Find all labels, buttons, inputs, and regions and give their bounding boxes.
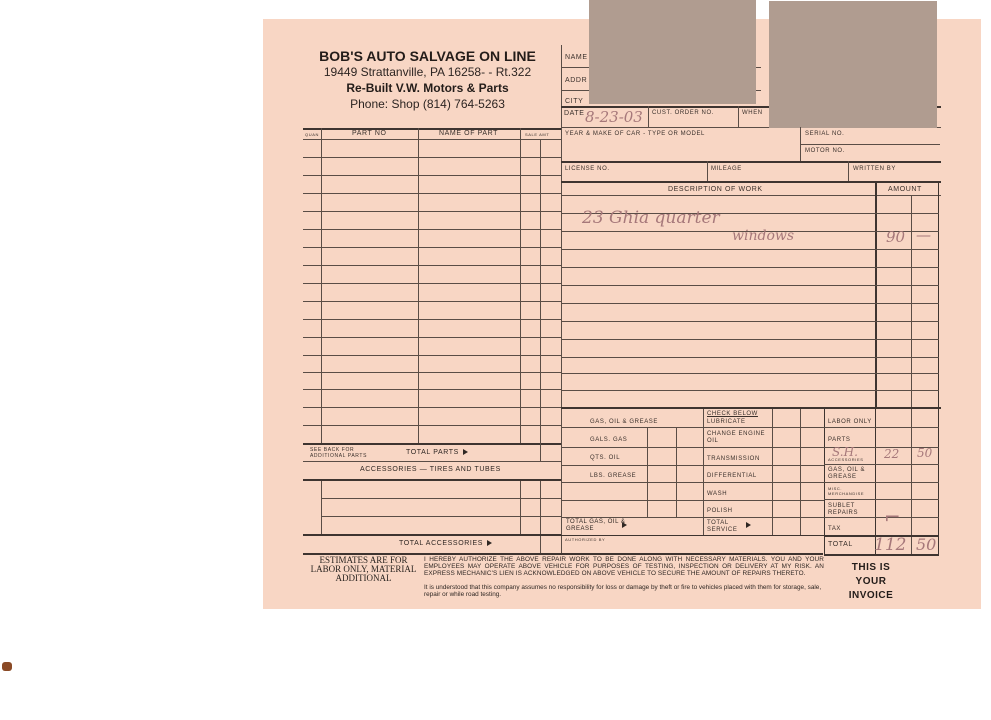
- authorization-text: I HEREBY AUTHORIZE THE ABOVE REPAIR WORK…: [424, 556, 824, 577]
- total-accessories-label: TOTAL ACCESSORIES: [399, 540, 492, 547]
- disclaimer-text: It is understood that this company assum…: [424, 584, 824, 598]
- wash-label: WASH: [707, 491, 727, 497]
- arrow-right-icon: [487, 540, 492, 546]
- mileage-label: MILEAGE: [711, 166, 742, 172]
- license-label: LICENSE NO.: [565, 166, 610, 172]
- when-label: WHEN: [742, 110, 763, 116]
- total-service-label: TOTAL SERVICE: [707, 520, 743, 534]
- change-oil-label: CHANGE ENGINE OIL: [707, 431, 767, 445]
- written-by-label: WRITTEN BY: [853, 166, 896, 172]
- col-sale-amt: SALE AMT: [525, 132, 549, 137]
- date-value: 8-23-03: [585, 108, 643, 126]
- arrow-right-icon: [622, 522, 627, 528]
- gals-gas-label: GALS. GAS: [590, 437, 627, 443]
- tax-mark: ⌐: [884, 505, 901, 529]
- estimates-note: ESTIMATES ARE FOR LABOR ONLY, MATERIAL A…: [306, 556, 421, 583]
- labor-only-label: LABOR ONLY: [828, 419, 872, 425]
- accessories-header: ACCESSORIES — TIRES AND TUBES: [360, 466, 501, 473]
- company-header: BOB'S AUTO SALVAGE ON LINE 19449 Stratta…: [300, 48, 555, 112]
- gas-oil-total-label: GAS, OIL & GREASE: [828, 467, 872, 481]
- redaction-block-right: [769, 1, 937, 128]
- transmission-label: TRANSMISSION: [707, 456, 760, 462]
- col-name-of-part: NAME OF PART: [439, 130, 498, 137]
- col-quan: QUAN: [305, 132, 319, 137]
- tax-label: TAX: [828, 526, 841, 532]
- date-label: DATE: [564, 110, 585, 117]
- gas-oil-grease-label: GAS, OIL & GREASE: [590, 419, 658, 425]
- col-part-no: PART NO: [352, 130, 387, 137]
- accessories-note: S.H.: [832, 445, 858, 459]
- cust-order-label: CUST. ORDER NO.: [652, 110, 714, 116]
- serial-label: SERIAL NO.: [805, 131, 844, 137]
- description-header: DESCRIPTION OF WORK: [668, 186, 763, 193]
- lubricate-label: LUBRICATE: [707, 419, 746, 425]
- year-make-label: YEAR & MAKE OF CAR - TYPE OR MODEL: [565, 131, 705, 137]
- sublet-label: SUBLET REPAIRS: [828, 503, 872, 517]
- company-tagline: Re-Built V.W. Motors & Parts: [300, 80, 555, 96]
- total-cents: 50: [916, 535, 936, 554]
- authorized-by-label: AUTHORIZED BY: [565, 537, 605, 542]
- addr-label: ADDR: [565, 77, 587, 84]
- differential-label: DIFFERENTIAL: [707, 473, 757, 479]
- parts-total-label: PARTS: [828, 437, 850, 443]
- invoice-notice: THIS IS YOUR INVOICE: [836, 561, 906, 603]
- company-address: 19449 Strattanville, PA 16258- - Rt.322: [300, 64, 555, 80]
- misc-label: MISC. MERCHANDISE: [828, 486, 872, 496]
- city-label: CITY: [565, 98, 583, 105]
- amount-header: AMOUNT: [888, 186, 922, 193]
- motor-label: MOTOR NO.: [805, 148, 845, 154]
- name-label: NAME: [565, 54, 588, 61]
- redaction-block-left: [589, 0, 756, 104]
- work-entry-line2: windows: [732, 228, 794, 244]
- qts-oil-label: QTS. OIL: [590, 455, 620, 461]
- company-phone: Phone: Shop (814) 764-5263: [300, 96, 555, 112]
- company-name: BOB'S AUTO SALVAGE ON LINE: [300, 48, 555, 64]
- polish-label: POLISH: [707, 508, 733, 514]
- accessories-cents: 50: [917, 446, 932, 460]
- total-gas-label: TOTAL GAS, OIL & GREASE: [566, 519, 626, 533]
- total-parts-label: TOTAL PARTS: [406, 449, 468, 456]
- work-entry-amount: 90: [886, 228, 905, 246]
- lbs-grease-label: LBS. GREASE: [590, 473, 636, 479]
- arrow-right-icon: [746, 522, 751, 528]
- total-label: TOTAL: [828, 541, 853, 548]
- arrow-right-icon: [463, 449, 468, 455]
- see-back-note: SEE BACK FOR ADDITIONAL PARTS: [310, 447, 390, 459]
- work-entry-line1: 23 Ghia quarter: [582, 208, 720, 228]
- scan-stain: [2, 662, 12, 671]
- accessories-dollars: 22: [884, 447, 899, 461]
- check-below-label: CHECK BELOW: [707, 411, 758, 417]
- work-entry-cents: —: [916, 226, 931, 244]
- total-dollars: 112: [874, 535, 906, 555]
